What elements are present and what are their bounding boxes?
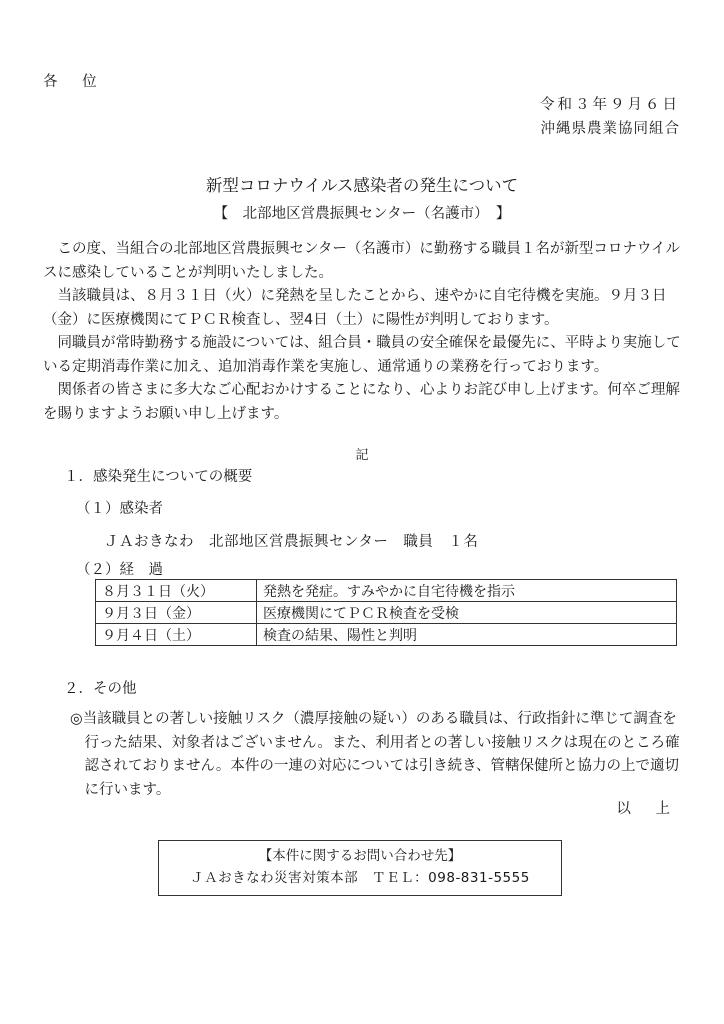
- infected-label: （１）感染者: [76, 497, 163, 518]
- timeline-table: ８月３１日（火） 発熱を発症。すみやかに自宅待機を指示 ９月３日（金） 医療機関…: [95, 579, 677, 646]
- timeline-date: ８月３１日（火）: [96, 580, 257, 602]
- other-notes: ◎当該職員との著しい接触リスク（濃厚接触の疑い）のある職員は、行政指針に準じて調…: [70, 708, 690, 802]
- section-1-heading: １．感染発生についての概要: [64, 465, 252, 486]
- body-text: この度、当組合の北部地区営農振興センター（名護市）に勤務する職員１名が新型コロナ…: [43, 238, 683, 426]
- contact-heading: 【本件に関するお問い合わせ先】: [159, 845, 561, 867]
- timeline-label: （２）経 過: [76, 558, 163, 579]
- body-paragraph: 当該職員は、８月３１日（火）に発熱を呈したことから、速やかに自宅待機を実施。９月…: [43, 285, 683, 332]
- contact-line: ＪＡおきなわ災害対策本部 ＴＥＬ：098-831-5555: [159, 867, 561, 889]
- table-row: ９月３日（金） 医療機関にてＰＣＲ検査を受検: [96, 602, 677, 624]
- infected-value: ＪＡおきなわ 北部地区営農振興センター 職員 １名: [104, 530, 478, 551]
- timeline-date: ９月４日（土）: [96, 624, 257, 646]
- document-date: 令和３年９月６日: [540, 93, 680, 114]
- addressee: 各 位: [43, 70, 107, 91]
- issuing-organization: 沖縄県農業協同組合: [541, 117, 681, 138]
- document-title: 新型コロナウイルス感染者の発生について: [0, 172, 724, 196]
- timeline-event: 医療機関にてＰＣＲ検査を受検: [257, 602, 677, 624]
- body-paragraph: この度、当組合の北部地区営農振興センター（名護市）に勤務する職員１名が新型コロナ…: [43, 238, 683, 285]
- other-notes-text: ◎当該職員との著しい接触リスク（濃厚接触の疑い）のある職員は、行政指針に準じて調…: [70, 708, 690, 802]
- body-paragraph: 関係者の皆さまに多大なご心配おかけすることになり、心よりお詫び申し上げます。何卒…: [43, 379, 683, 426]
- section-2-heading: ２．その他: [64, 677, 137, 698]
- closing-mark: 以 上: [616, 797, 680, 818]
- document-subtitle: 【 北部地区営農振興センター（名護市） 】: [0, 202, 724, 223]
- body-paragraph: 同職員が常時勤務する施設については、組合員・職員の安全確保を最優先に、平時より実…: [43, 332, 683, 379]
- contact-box: 【本件に関するお問い合わせ先】 ＪＡおきなわ災害対策本部 ＴＥＬ：098-831…: [158, 840, 562, 896]
- ki-marker: 記: [0, 444, 724, 463]
- timeline-event: 検査の結果、陽性と判明: [257, 624, 677, 646]
- table-row: ８月３１日（火） 発熱を発症。すみやかに自宅待機を指示: [96, 580, 677, 602]
- table-row: ９月４日（土） 検査の結果、陽性と判明: [96, 624, 677, 646]
- timeline-date: ９月３日（金）: [96, 602, 257, 624]
- timeline-event: 発熱を発症。すみやかに自宅待機を指示: [257, 580, 677, 602]
